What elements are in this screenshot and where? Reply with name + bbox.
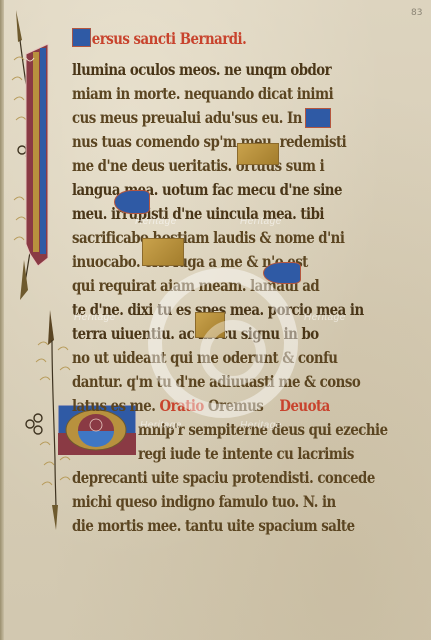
inline-initial-d: [114, 190, 150, 214]
watermark-text: Heritage: [240, 216, 282, 227]
text-line: deprecanti uite spaciu protendisti. conc…: [72, 468, 375, 487]
text-line: meu. irrupisti d'ne uincula mea. tibi: [72, 204, 324, 223]
text-line: no ut uideant qui me oderunt & confu: [72, 348, 337, 367]
inline-initial-f: [195, 312, 225, 338]
watermark-text: Heritage: [240, 420, 282, 431]
manuscript-page: 83: [0, 0, 431, 640]
text-line: me d'ne deus ueritatis. ortuus sum i: [72, 156, 324, 175]
watermark-text: Heritage: [140, 420, 182, 431]
inline-initial-i: [305, 108, 331, 128]
text-line: nus tuas comendo sp'm meu. redemisti: [72, 132, 346, 151]
inline-initial-m: [237, 143, 279, 165]
heading-line: ersus sancti Bernardi.: [72, 28, 246, 48]
heading-text: ersus sancti Bernardi.: [92, 29, 246, 48]
text-line: miam in morte. nequando dicat inimi: [72, 84, 333, 103]
text-line: michi queso indigno famulo tuo. N. in: [72, 492, 336, 511]
text-line: langua mea. uotum fac mecu d'ne sine: [72, 180, 342, 199]
text-line: cus meus preualui adu'sus eu. In ma: [72, 108, 328, 127]
large-initial-i: [24, 44, 50, 266]
text-line: dantur. q'm tu d'ne adiuuasti me & conso: [72, 372, 360, 391]
text-line: regi iude te intente cu lacrimis: [138, 444, 354, 463]
rubric-deuota: Deuota: [279, 396, 329, 415]
inline-initial-p: [142, 238, 184, 266]
rubric-oratio: Oratio: [159, 396, 203, 415]
folio-number: 83: [411, 8, 422, 18]
text-line: die mortis mee. tantu uite spacium salte: [72, 516, 355, 535]
text-line-with-rubrics: latus es me. Oratio Oremus Deuota: [72, 396, 330, 415]
oremus-word: Oremus: [208, 396, 263, 415]
watermark-text: Heritage: [74, 312, 116, 323]
text-line: llumina oculos meos. ne unqm obdor: [72, 60, 331, 79]
heading-initial: [72, 28, 91, 47]
watermark-text: Heritage: [135, 216, 177, 227]
watermark-text: Heritage: [304, 312, 346, 323]
text-segment: latus es me.: [72, 396, 155, 415]
inline-initial-c: [263, 262, 301, 284]
text-line: sacrificabo hostiam laudis & nome d'ni: [72, 228, 344, 247]
